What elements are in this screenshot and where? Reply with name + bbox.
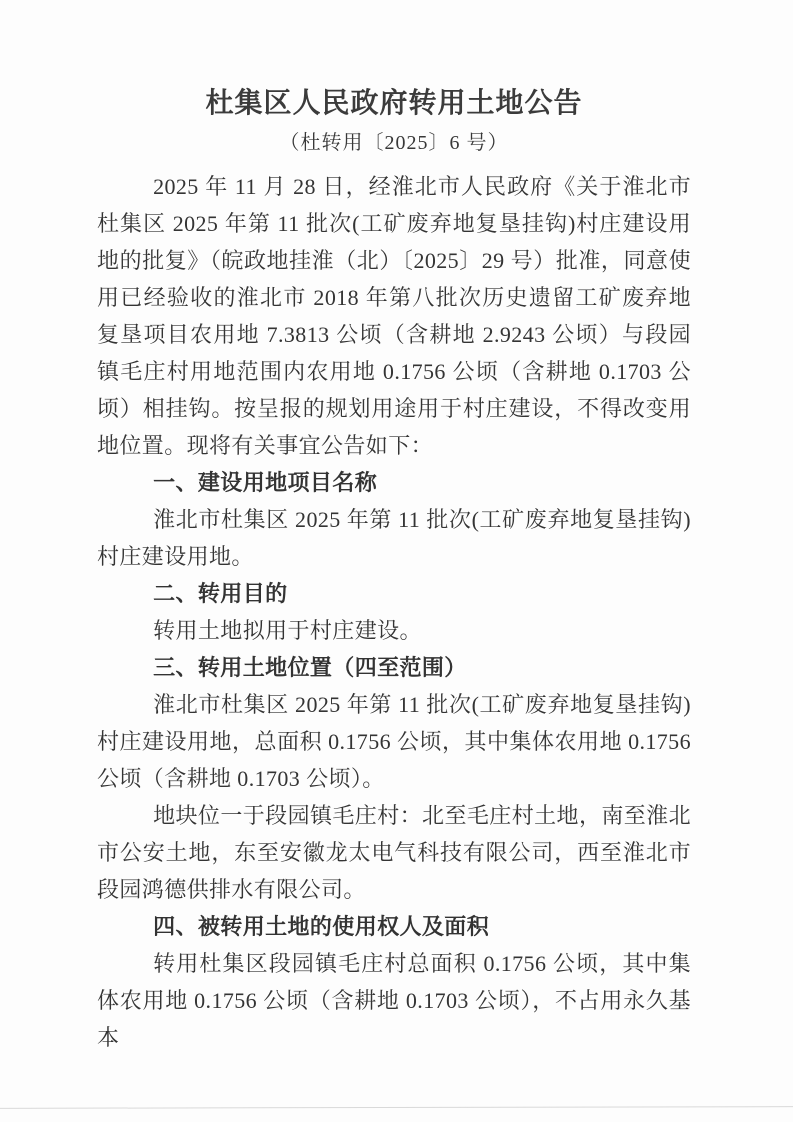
document-number: （杜转用〔2025〕6 号） xyxy=(97,128,691,158)
document-title: 杜集区人民政府转用土地公告 xyxy=(97,86,691,120)
section-heading: 二、转用目的 xyxy=(97,575,691,612)
body-paragraph: 转用土地拟用于村庄建设。 xyxy=(97,612,691,649)
document-body: 2025 年 11 月 28 日，经淮北市人民政府《关于淮北市杜集区 2025 … xyxy=(97,168,691,1056)
body-paragraph: 地块位一于段园镇毛庄村：北至毛庄村土地，南至淮北市公安土地，东至安徽龙太电气科技… xyxy=(97,797,691,908)
body-paragraph: 转用杜集区段园镇毛庄村总面积 0.1756 公顷，其中集体农用地 0.1756 … xyxy=(97,945,691,1056)
document-page: 杜集区人民政府转用土地公告 （杜转用〔2025〕6 号） 2025 年 11 月… xyxy=(0,0,793,1122)
body-paragraph: 淮北市杜集区 2025 年第 11 批次(工矿废弃地复垦挂钩)村庄建设用地。 xyxy=(97,501,691,575)
body-paragraph: 2025 年 11 月 28 日，经淮北市人民政府《关于淮北市杜集区 2025 … xyxy=(97,168,691,464)
body-paragraph: 淮北市杜集区 2025 年第 11 批次(工矿废弃地复垦挂钩)村庄建设用地，总面… xyxy=(97,686,691,797)
section-heading: 四、被转用土地的使用权人及面积 xyxy=(97,908,691,945)
section-heading: 一、建设用地项目名称 xyxy=(97,464,691,501)
scan-edge-line xyxy=(0,1106,793,1109)
section-heading: 三、转用土地位置（四至范围） xyxy=(97,649,691,686)
document-content: 杜集区人民政府转用土地公告 （杜转用〔2025〕6 号） 2025 年 11 月… xyxy=(97,86,691,1056)
